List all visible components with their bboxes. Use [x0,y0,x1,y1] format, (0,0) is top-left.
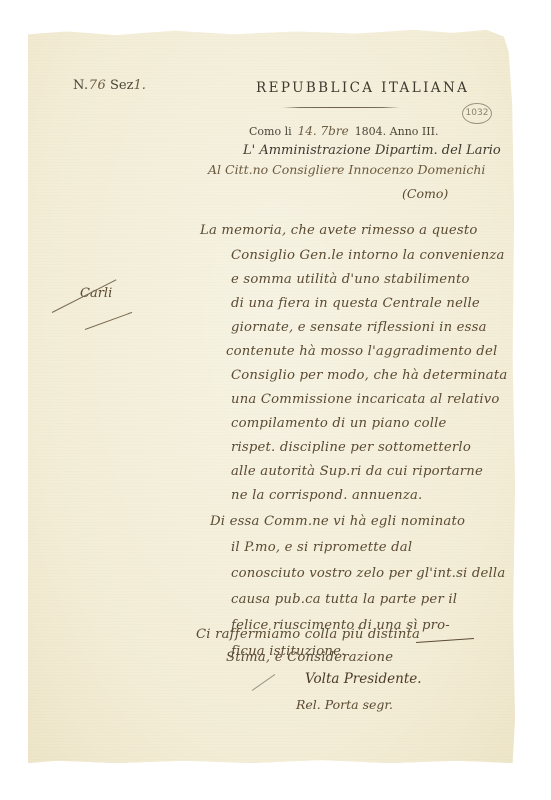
body-line: il P.mo, e si ripromette dal [231,540,412,555]
body-line: contenute hà mosso l'aggradimento del [226,344,497,359]
closing-line: Ci raffermiamo colla più distinta [196,627,420,642]
dateline: Como li14. 7bre1804. Anno III. [249,124,438,138]
body-line: conosciuto vostro zelo per gl'int.si del… [231,566,505,581]
reference-number: N.76 [73,78,106,93]
letterhead-rule [282,107,400,108]
body-line: di una fiera in questa Centrale nelle [231,296,480,311]
body-line: compilamento di un piano colle [231,416,447,431]
body-line: alle autorità Sup.ri da cui riportarne [231,464,483,479]
addressee-city: (Como) [402,186,448,201]
issuing-office: L' Amministrazione Dipartim. del Lario [243,143,501,158]
date-prefix: Como li [249,125,292,138]
body-line: giornate, e sensate riflessioni in essa [231,320,487,335]
date-handwritten: 14. 7bre [298,124,349,138]
date-suffix: 1804. Anno III. [355,125,439,138]
signature-president: Volta Presidente. [305,671,422,687]
body-line: La memoria, che avete rimesso a questo [200,223,478,238]
section-label: Sez [110,78,133,93]
number-value: 76 [89,78,107,93]
body-line: e somma utilità d'uno stabilimento [231,272,470,287]
section-value: 1. [133,78,145,93]
body-line: Di essa Comm.ne vi hà egli nominato [210,514,465,529]
closing-line: Stima, e Considerazione [226,650,393,665]
body-line: rispet. discipline per sottometterlo [231,440,471,455]
body-line: Consiglio per modo, che hà determinata [231,368,507,383]
signature-secretary: Rel. Porta segr. [296,697,393,712]
letterhead-title: REPUBBLICA ITALIANA [256,80,469,96]
body-line: ne la corrispond. annuenza. [231,488,422,503]
number-label: N. [73,78,89,93]
archive-stamp: 1032 [462,103,492,124]
addressee: Al Citt.no Consigliere Innocenzo Domenic… [208,162,485,177]
body-line: Consiglio Gen.le intorno la convenienza [231,248,505,263]
body-line: causa pub.ca tutta la parte per il [231,592,457,607]
body-line: una Commissione incaricata al relativo [231,392,500,407]
section-reference: Sez1. [110,78,146,93]
